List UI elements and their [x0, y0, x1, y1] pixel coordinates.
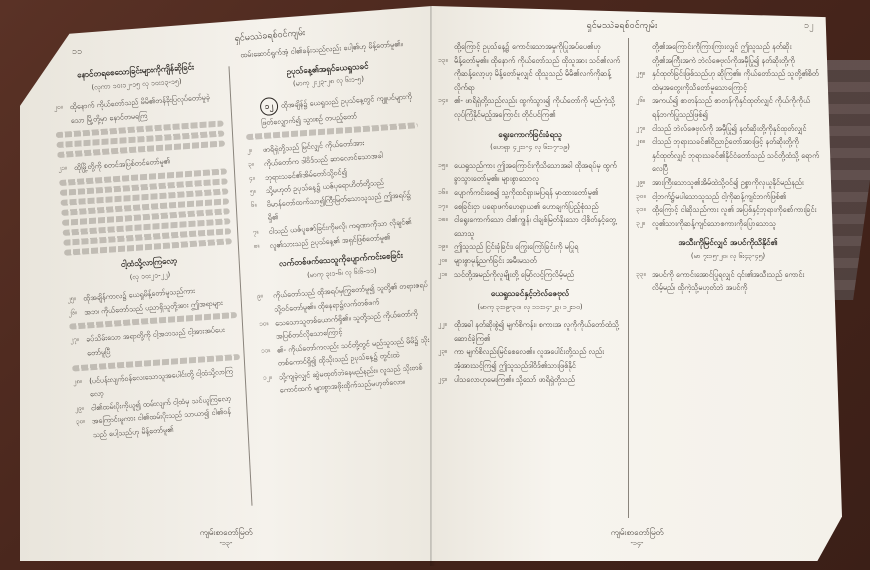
verse-number: ၂၁။ [58, 162, 68, 176]
verse-text: ထို့ကြောင့် ငါဆိုသည်ကား လူ၏ အပြစ်နှင့်ဘု… [652, 205, 816, 214]
verse-number: ၂။ [247, 144, 253, 158]
verse-number: ၁၉။ [438, 240, 447, 254]
verse: ၁၉။ဤသူသည် ငြင်းခုံခြင်း၊ ကြွေးကြော်ခြင်း… [438, 240, 622, 254]
verse: ၃၂။လူ၏သားကိုဆန့်ကျင်သောစကားကိုပြောသောသူ [636, 217, 820, 231]
right-page-footer: ကျမ်းစာတော်မြတ် -၁၄- [432, 527, 842, 549]
verse: ၃၀။ငါ့ဘက်၌မပါသောသူသည် ငါ့ကိုဆန့်ကျင်ဘက်ဖ… [636, 190, 820, 204]
verse-number: ၃၃။ [636, 268, 645, 282]
verse: ၃၃။အပင်ကို ကောင်းအောင်ပြုရလျှင် ၎င်း၏အသီ… [636, 268, 820, 295]
verse-text: ထို့ကြောင့် ဥပုသ်နေ့၌ ကောင်းသောအမှုကိုပြ… [454, 42, 600, 51]
verse-text: ထိုနောက် ကိုယ်တော်သည် မိမိ၏တန်ခိုးပြလုပ်… [70, 93, 211, 125]
verse-number: ၁၄။ [438, 94, 447, 108]
verse-text: တို့၏အကြောင်းကိုကြားကြားလျှင် ဤသူသည် နတ်… [652, 42, 795, 65]
verse-number: ၇။ [252, 226, 259, 240]
verse: ထို့ကြောင့် ဥပုသ်နေ့၌ ကောင်းသောအမှုကိုပြ… [438, 40, 622, 54]
verse-text: ထိုအခါ နတ်ဆိုးစွဲ၍ မျက်စိကန်း၊ စကားအ လူက… [454, 320, 619, 343]
verse: ၁၅။ယေရှုသည်ကား ဤအကြောင်းကိုသိသောအခါ ထိုအ… [438, 159, 622, 186]
verse-text: ငါရွေးကောက်သော ငါ၏ကျွန်၊ ငါချစ်မြတ်နိုးသ… [454, 215, 616, 238]
verse-number: ၁၈။ [438, 213, 447, 227]
verse-text: ငါသည် ဘုရားသခင်၏ဝိညာဉ်တော်အားဖြင့် နတ်ဆိ… [652, 137, 819, 173]
left-page-column-2: ထမ်းဆောင်ရွက်အံ့ ငါ၏ခန်းသည်လည်း ပေါ့၏ဟု … [240, 36, 432, 398]
verse: ၂၃။ကာ မျက်စိလည်းမြင်စေလေ၏။ လူအပေါင်းတို့… [438, 345, 622, 372]
left-page-footer: ကျမ်းစာတော်မြတ် -၁၃- [20, 527, 432, 549]
verse-number: ၃၀။ [636, 190, 645, 204]
verse-text: စေခြင်းငှာ ပရောဖက်ဟေရှာယ၏ ဟောချက်ပြည့်စု… [454, 202, 598, 211]
left-page-number: ၁၁ [72, 46, 82, 59]
verse: ၃၁။ထို့ကြောင့် ငါဆိုသည်ကား လူ၏ အပြစ်နှင့… [636, 203, 820, 217]
verse-text: ပျောက်ကင်းစေ၍ သူ့ကိုထင်ရှားမပြရန် မှာထား… [454, 188, 598, 197]
verse: ၂၆။အကယ်၍ စာတန်သည် စာတန်ကိုနှင်ထုတ်လျှင် … [636, 94, 820, 121]
verse-number: ၂၃။ [438, 345, 447, 359]
verse-number: ၁၅။ [438, 159, 447, 173]
verse-number: ၂၇။ [636, 122, 645, 136]
footer-page-number: -၁၄- [432, 539, 842, 549]
right-page-column-2: တို့၏အကြောင်းကိုကြားကြားလျှင် ဤသူသည် နတ်… [636, 40, 820, 295]
verse: ၂၀။များစွာမုန့်ညက်ခြင်း အမီးမသတ် [438, 254, 622, 268]
footer-label: ကျမ်းစာတော်မြတ် [200, 528, 253, 537]
right-page: ရှင်မဿဲခရစ်ဝင်ကျမ်း ၁၂ ထို့ကြောင့် ဥပုသ်… [432, 6, 842, 561]
open-book: ၁၁ ရှင်မဿဲခရစ်ဝင်ကျမ်း နောင်တရစေသောခြင်း… [20, 6, 850, 566]
verse-number: ၃၁။ [636, 203, 645, 217]
verse-text: ထိုအချိန်၌ ယေရှုသည် ဥပုသ်နေ့တွင် ကျူပင်မ… [261, 91, 412, 127]
verse-number: ၂၉။ [75, 402, 85, 416]
verse-number: ၂၅။ [67, 292, 77, 306]
column-divider [628, 38, 629, 518]
verse-text: နှင်ထုတ်ခြင်းဖြစ်သည်ဟု ဆိုကြ၏။ ကိုယ်တော်… [652, 69, 819, 92]
verse-number: ၂၀။ [438, 254, 447, 268]
verse-text: ထိုမြို့တို့ကို စတင်အပြစ်တင်တော်မူ၏ [74, 157, 170, 173]
verse-number: ၁၃။ [438, 54, 447, 68]
right-page-number: ၁၂ [804, 20, 813, 33]
verse-number: ၂၁။ [438, 268, 447, 282]
section-title: ရွေးကောက်ခြင်းခံရသူ [438, 128, 622, 142]
verse: ၂၂။ထိုအခါ နတ်ဆိုးစွဲ၍ မျက်စိကန်း၊ စကားအ … [438, 318, 622, 345]
verse-text: လူ၏သားကိုဆန့်ကျင်သောစကားကိုပြောသောသူ [652, 219, 776, 228]
verse: ၂၄။ပါသလောဟုမေးကြ၏။ သို့သော် ဖာရိရှဲတို့သ… [438, 373, 622, 387]
verse-number: ၁၂။ [263, 371, 273, 385]
verse-text: သင်တို့အမည်ကိုလူမျိုးတို့ မြော်လင့်ကြလိမ… [454, 270, 574, 279]
verse-number: ၁၀။ [259, 317, 269, 331]
verse-number: ၁၁။ [261, 344, 271, 358]
section-title: အသီးကိုမြင်လျှင် အပင်ကိုသိနိုင်၏ [636, 236, 820, 250]
verse-number: ၂၂။ [438, 318, 446, 332]
verse-number: ၂၆။ [68, 306, 78, 320]
verse-text: ငါ့ဘက်၌မပါသောသူသည် ငါ့ကိုဆန့်ကျင်ဘက်ဖြစ်… [652, 192, 786, 201]
right-running-head: ရှင်မဿဲခရစ်ဝင်ကျမ်း [472, 20, 772, 33]
verse-number: ၂၆။ [636, 94, 645, 108]
verse-number: ၂၀။ [54, 101, 64, 115]
verse-number: ၃၂။ [636, 217, 645, 231]
verse-number: ၂၄။ [438, 373, 447, 387]
chapter-number-marker: ၁၂ [259, 97, 278, 116]
verse: ၁၆။ပျောက်ကင်းစေ၍ သူ့ကိုထင်ရှားမပြရန် မှာ… [438, 186, 622, 200]
verse-text: ကာ မျက်စိလည်းမြင်စေလေ၏။ လူအပေါင်းတို့သည်… [454, 347, 604, 370]
verse-text: ပါသလောဟုမေးကြ၏။ သို့သော် ဖာရိရှဲတို့သည် [454, 375, 575, 384]
verse: ၂၉။အားကြီးသောသူ၏အိမ်ထဲသို့ဝင်၍ ဥစ္စာကိုလ… [636, 176, 820, 190]
verse: ၂၁။သင်တို့အမည်ကိုလူမျိုးတို့ မြော်လင့်ကြ… [438, 268, 622, 282]
verse: ၁၃။မိန့်တော်မူ၏။ ထိုနောက် ကိုယ်တော်သည် ထ… [438, 54, 622, 95]
verse-text: များစွာမုန့်ညက်ခြင်း အမီးမသတ် [454, 256, 537, 265]
verse: ၂၅။နှင်ထုတ်ခြင်းဖြစ်သည်ဟု ဆိုကြ၏။ ကိုယ်တ… [636, 67, 820, 94]
footer-label: ကျမ်းစာတော်မြတ် [611, 528, 664, 537]
verse: တို့၏အကြောင်းကိုကြားကြားလျှင် ဤသူသည် နတ်… [636, 40, 820, 67]
verse: ၁၈။ငါရွေးကောက်သော ငါ၏ကျွန်၊ ငါချစ်မြတ်နိ… [438, 213, 622, 240]
verse-number: ၅။ [250, 185, 257, 199]
verse-text: ယေရှုသည်ကား ဤအကြောင်းကိုသိသောအခါ ထိုအရပ်… [454, 161, 617, 184]
verse-number: ၁၆။ [438, 186, 447, 200]
verse-text: ခပ်သိမ်းသော အရာတို့ကို ငါ့အဘသည် ငါ့အားအပ… [86, 325, 225, 357]
verse-number: ၄။ [249, 171, 256, 185]
verse-number: ၂၈။ [636, 135, 645, 149]
verse-text: အကယ်၍ စာတန်သည် စာတန်ကိုနှင်ထုတ်လျှင် ကို… [652, 96, 810, 119]
left-page: ၁၁ ရှင်မဿဲခရစ်ဝင်ကျမ်း နောင်တရစေသောခြင်း… [20, 6, 432, 561]
verse-text: ၏- ဖာရိရှဲတို့သည်လည်း ထွက်သွား၍ ကိုယ်တော… [454, 96, 615, 119]
verse-number: ၂၈။ [73, 374, 83, 388]
verse-number: ၃၀။ [76, 415, 86, 429]
verse-number: ၆။ [250, 198, 257, 212]
verse-text: ငါသည် ဘဲလ်ဇေဗုလ်ကို အမှီပြု၍ နတ်ဆိုးတို့… [652, 124, 806, 133]
section-reference: (မာ ၇း၁၅-၂၀၊ လု ၆း၄၃-၄၅) [636, 250, 820, 264]
verse-number: ၃။ [248, 158, 255, 172]
verse: ၁၇။စေခြင်းငှာ ပရောဖက်ဟေရှာယ၏ ဟောချက်ပြည့… [438, 200, 622, 214]
section-reference: (ဟေရှာ ၄၂း၁-၄ လု ၆း၁၇-၁၉) [438, 141, 622, 155]
verse-text: မိန့်တော်မူ၏။ ထိုနောက် ကိုယ်တော်သည် ထိုသ… [454, 56, 620, 92]
verse-number: ၉။ [257, 290, 264, 304]
verse-text: အပင်ကို ကောင်းအောင်ပြုရလျှင် ၎င်း၏အသီးသည… [652, 270, 804, 293]
verse: ၁၄။၏- ဖာရိရှဲတို့သည်လည်း ထွက်သွား၍ ကိုယ်… [438, 94, 622, 121]
verse-number: ၂၉။ [636, 176, 645, 190]
footer-page-number: -၁၃- [20, 539, 432, 549]
verse-text: ဤသူသည် ငြင်းခုံခြင်း၊ ကြွေးကြော်ခြင်းကို… [454, 242, 578, 251]
left-page-column-1: နောင်တရစေသောခြင်းများကိုကျိန်ဆိုခြင်း (လ… [51, 53, 245, 443]
section-title: ယေရှုသခင်နှင့်ဘဲလ်ဇေဗုလ် [438, 287, 622, 301]
right-page-column-1: ထို့ကြောင့် ဥပုသ်နေ့၌ ကောင်းသောအမှုကိုပြ… [438, 40, 622, 386]
verse-number: ၈။ [253, 239, 260, 253]
verse: ၂၇။ငါသည် ဘဲလ်ဇေဗုလ်ကို အမှီပြု၍ နတ်ဆိုးတ… [636, 122, 820, 136]
verse: ၂၈။ငါသည် ဘုရားသခင်၏ဝိညာဉ်တော်အားဖြင့် နတ… [636, 135, 820, 176]
verse-number: ၂၇။ [70, 333, 80, 347]
verse-number: ၂၅။ [636, 67, 645, 81]
verse-text: အားကြီးသောသူ၏အိမ်ထဲသို့ဝင်၍ ဥစ္စာကိုလုယူ… [652, 178, 804, 187]
section-reference: (မာကု ၃း၁၉-၃၀၊ လု ၁၁း၁၄-၂၃၊ ၁၂း၁၀) [438, 301, 622, 315]
verse-number: ၁၇။ [438, 200, 447, 214]
